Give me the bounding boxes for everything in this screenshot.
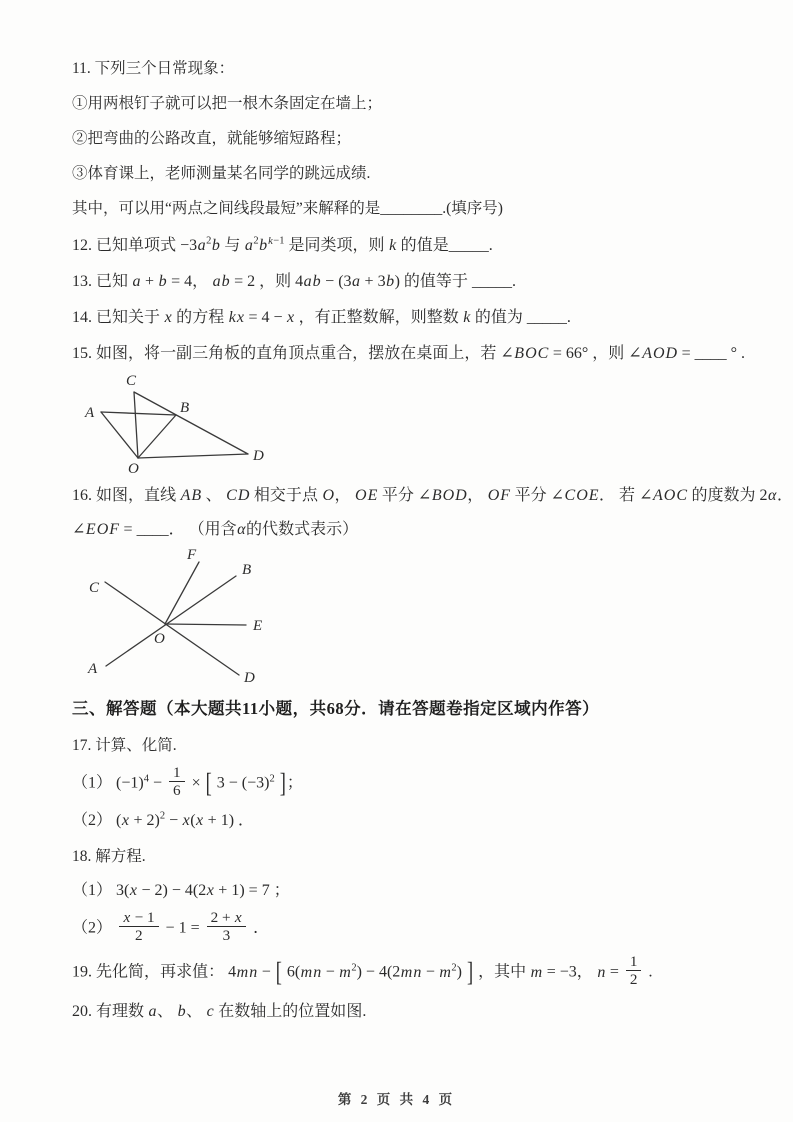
q16-vertex-label-A: A [87, 661, 98, 677]
q15-vertex-label-C: C [126, 373, 137, 389]
q15-figure-wrap: C A B O D [74, 370, 737, 475]
q15-vertex-label-D: D [252, 448, 264, 464]
q15-vertex-label-B: B [180, 400, 189, 416]
q11-title: 11. 下列三个日常现象： [72, 58, 737, 79]
section-3-header: 三、解答题（本大题共11小题，共68分．请在答题卷指定区域内作答） [72, 698, 737, 719]
q20-text: 20. 有理数 a、 b、 c 在数轴上的位置如图. [72, 1001, 737, 1022]
segment-CD [134, 392, 248, 454]
q11-item-1: ①用两根钉子就可以把一根木条固定在墙上； [72, 93, 737, 114]
q11-item-3: ③体育课上，老师测量某名同学的跳远成绩. [72, 163, 737, 184]
ray-OF [165, 562, 199, 624]
q16-vertex-label-O: O [154, 631, 165, 647]
q16-figure-wrap: F B C E O A D [74, 546, 737, 688]
q15-text: 15. 如图，将一副三角板的直角顶点重合，摆放在桌面上，若 ∠BOC = 66°… [72, 343, 737, 364]
q11-item-2: ②把弯曲的公路改直，就能够缩短路程； [72, 128, 737, 149]
page-footer: 第 2 页 共 4 页 [0, 1088, 793, 1108]
q15-vertex-label-A: A [84, 405, 95, 421]
segment-AB [101, 412, 176, 415]
q16-vertex-label-C: C [89, 580, 100, 596]
segment-OD [138, 454, 248, 458]
q13-text: 13. 已知 a + b = 4， ab = 2 ，则 4ab − (3a + … [72, 271, 737, 292]
segment-CO [134, 392, 138, 458]
exam-page: 11. 下列三个日常现象： ①用两根钉子就可以把一根木条固定在墙上； ②把弯曲的… [0, 0, 793, 1122]
q12-text: 12. 已知单项式 −3a2b 与 a2bk−1 是同类项，则 k 的值是___… [72, 235, 737, 256]
q16-vertex-label-F: F [186, 547, 197, 563]
exam-content: 11. 下列三个日常现象： ①用两根钉子就可以把一根木条固定在墙上； ②把弯曲的… [0, 0, 793, 1022]
q18-title: 18. 解方程. [72, 846, 737, 867]
q16-text-line-2: ∠EOF = ____． （用含α的代数式表示） [72, 519, 737, 540]
q17-part-2: （2） (x + 2)2 − x(x + 1) ． [72, 810, 737, 831]
q16-vertex-label-E: E [252, 618, 262, 634]
q19-text: 19. 先化简，再求值： 4mn − [ 6(mn − m2) − 4(2mn … [72, 955, 737, 991]
line-AB [106, 576, 236, 666]
q17-part-1: （1） (−1)4 − 16 × [ 3 − (−3)2 ]； [72, 766, 737, 802]
ray-OE [165, 624, 246, 625]
q16-figure: F B C E O A D [74, 546, 284, 688]
q15-figure: C A B O D [74, 370, 274, 475]
q11-conclusion: 其中，可以用“两点之间线段最短”来解释的是________.(填序号) [72, 198, 737, 219]
segment-AO [101, 412, 138, 458]
q16-figure-segments [105, 562, 246, 675]
q15-figure-segments [101, 392, 248, 458]
segment-BO [138, 415, 176, 458]
q18-part-2: （2） x − 12 − 1 = 2 + x3 ． [72, 911, 737, 947]
q16-vertex-label-B: B [242, 562, 251, 578]
q16-vertex-label-D: D [243, 670, 255, 686]
q18-part-1: （1） 3(x − 2) − 4(2x + 1) = 7 ； [72, 880, 737, 901]
q17-title: 17. 计算、化简. [72, 735, 737, 756]
q14-text: 14. 已知关于 x 的方程 kx = 4 − x ，有正整数解，则整数 k 的… [72, 307, 737, 328]
q16-text-line-1: 16. 如图，直线 AB 、 CD 相交于点 O， OE 平分 ∠BOD， OF… [72, 485, 737, 506]
q15-vertex-label-O: O [128, 461, 139, 477]
line-CD [105, 582, 239, 675]
